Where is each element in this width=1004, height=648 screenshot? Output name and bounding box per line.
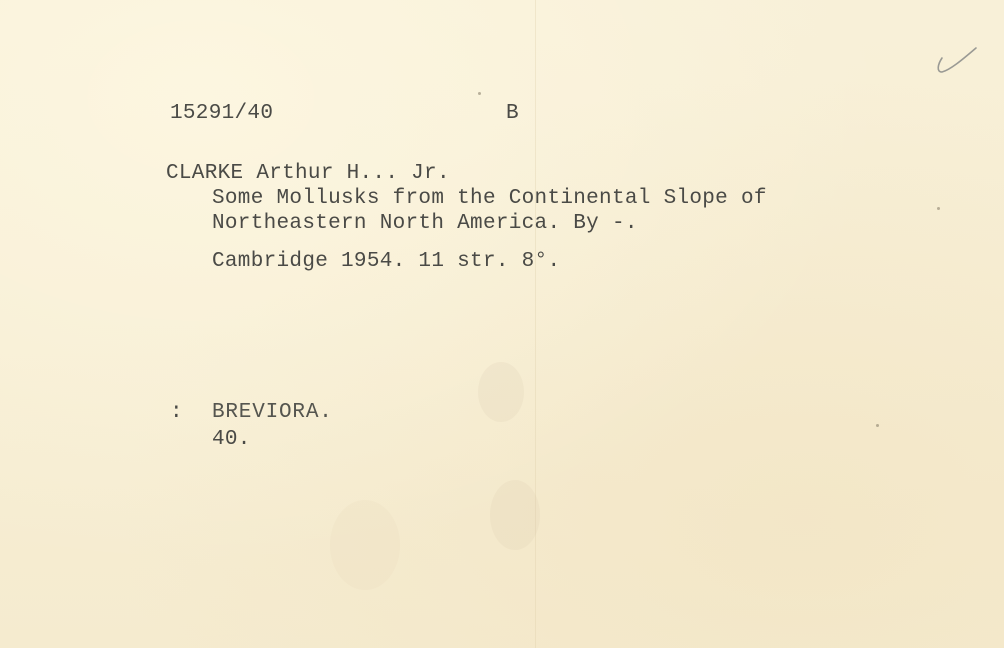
catalog-card: 15291/40 B CLARKE Arthur H... Jr. Some M… — [0, 0, 1004, 648]
paper-stain — [490, 480, 540, 550]
title-line-2: Northeastern North America. By -. — [212, 212, 638, 236]
accession-number: 15291/40 — [170, 102, 273, 126]
imprint-line: Cambridge 1954. 11 str. 8°. — [212, 250, 560, 274]
paper-stain — [330, 500, 400, 590]
paper-speck — [478, 92, 481, 95]
author-heading: CLARKE Arthur H... Jr. — [166, 162, 450, 186]
paper-speck — [876, 424, 879, 427]
class-letter: B — [506, 102, 519, 126]
paper-speck — [937, 207, 940, 210]
checkmark-icon — [932, 44, 980, 78]
series-number: 40. — [212, 428, 251, 452]
paper-stain — [478, 362, 524, 422]
series-name: BREVIORA. — [212, 401, 333, 425]
title-line-1: Some Mollusks from the Continental Slope… — [212, 187, 767, 211]
card-fold-line — [535, 0, 536, 648]
series-colon: : — [170, 401, 183, 425]
